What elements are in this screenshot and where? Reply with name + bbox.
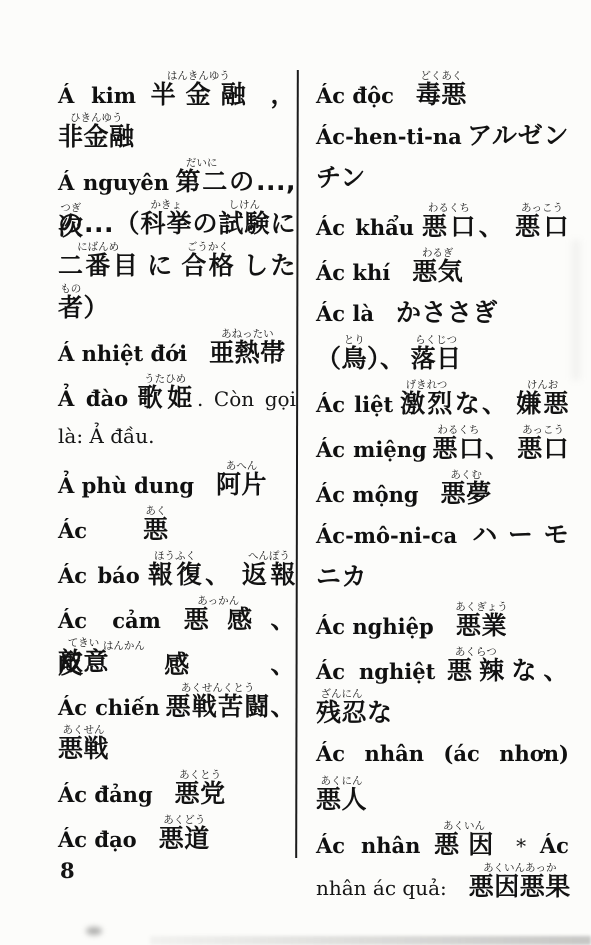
japanese-text: 半金融はんきんゆう bbox=[151, 80, 256, 109]
furigana: てきい bbox=[58, 637, 109, 649]
furigana: あくいん bbox=[434, 820, 494, 832]
furigana: あくとう bbox=[175, 769, 226, 781]
japanese-text: の bbox=[192, 209, 218, 238]
japanese-text: 二番目にばんめ bbox=[58, 251, 140, 280]
japanese-text: 残忍ざんにん bbox=[316, 698, 367, 727]
japanese-text: 報復ほうふく bbox=[148, 560, 205, 589]
entry-line: Á kim 半金融はんきんゆう ， bbox=[58, 70, 296, 112]
headword: Ả phù dung bbox=[58, 473, 194, 498]
furigana: もの bbox=[58, 283, 84, 295]
entry-line: Ác độc毒悪どくあく bbox=[316, 70, 569, 112]
japanese-text: アルゼン bbox=[467, 121, 569, 150]
japanese-text: 悪あく bbox=[143, 515, 169, 544]
dictionary-entry: Ác liệt 激烈げきれつな、 嫌悪けんお bbox=[316, 379, 569, 421]
vietnamese-text: * bbox=[516, 834, 526, 858]
dictionary-entry: Ác mộng悪夢あくむ bbox=[316, 469, 569, 511]
furigana: へんぽう bbox=[242, 550, 296, 562]
entry-line: チン bbox=[316, 157, 569, 199]
furigana: だいに bbox=[175, 157, 227, 169]
entry-line: 残忍ざんにんな bbox=[316, 688, 569, 730]
vietnamese-text: . Còn gọi bbox=[197, 387, 296, 411]
dictionary-entry: Ác độc毒悪どくあく bbox=[316, 70, 569, 112]
japanese-text: チン bbox=[316, 163, 366, 192]
japanese-text: ） bbox=[84, 293, 110, 322]
furigana: かきょ bbox=[140, 199, 192, 211]
furigana: らくじつ bbox=[411, 334, 462, 346]
furigana: にばんめ bbox=[58, 241, 138, 253]
japanese-text: 悪感あっかん bbox=[184, 605, 271, 634]
entry-line: Ác mộng悪夢あくむ bbox=[316, 469, 569, 511]
entry-line: Ác khẩu 悪口わるくち、 悪口あっこう bbox=[316, 202, 569, 244]
headword: Ả đào bbox=[58, 386, 128, 411]
furigana: あくむ bbox=[441, 469, 492, 481]
entry-line: là: Ả đầu. bbox=[58, 415, 296, 457]
japanese-text: 落日らくじつ bbox=[411, 344, 462, 373]
right-column: Ác độc毒悪どくあくÁc-hen-ti-na アルゼンチンÁc khẩu 悪… bbox=[316, 70, 569, 907]
furigana: あくらつ bbox=[447, 646, 505, 658]
headword: Ác-hen-ti-na bbox=[316, 124, 462, 149]
entry-line: の...（科挙かきょの試験しけんに bbox=[58, 199, 296, 241]
japanese-text: 悪人あくにん bbox=[316, 785, 367, 814]
headword: Ác độc bbox=[316, 83, 394, 108]
column-divider-rule bbox=[295, 70, 299, 858]
japanese-text: 返報へんぽう bbox=[242, 560, 296, 589]
furigana: あねったい bbox=[209, 328, 286, 340]
headword: Ác miệng bbox=[316, 437, 427, 462]
scan-bottom-shadow bbox=[150, 936, 591, 945]
japanese-text: 悪因あくいん bbox=[434, 830, 502, 859]
japanese-text: 悪口わるくち bbox=[422, 212, 479, 241]
japanese-text: ） bbox=[367, 344, 380, 373]
dictionary-entry: Á nhiệt đới亜熱帯あねったい bbox=[58, 328, 296, 370]
headword: Ác là bbox=[316, 301, 374, 326]
vietnamese-text: là: Ả đầu. bbox=[58, 424, 155, 448]
entry-line: Ác đạo悪道あくどう bbox=[58, 814, 296, 856]
entry-line: Ác liệt 激烈げきれつな、 嫌悪けんお bbox=[316, 379, 569, 421]
entry-line: Á nhiệt đới亜熱帯あねったい bbox=[58, 328, 296, 370]
japanese-text: 歌姫うたひめ bbox=[137, 383, 196, 412]
scan-smudge bbox=[86, 927, 102, 935]
japanese-text: 悪辣あくらつ bbox=[447, 656, 511, 685]
furigana: ざんにん bbox=[316, 688, 367, 700]
japanese-text: 悪戦苦闘あくせんくとう bbox=[166, 692, 271, 721]
furigana: あっこう bbox=[517, 424, 569, 436]
dictionary-entry: Ác-hen-ti-na アルゼンチン bbox=[316, 115, 569, 199]
furigana: げきれつ bbox=[400, 379, 453, 391]
japanese-text: 、 bbox=[485, 434, 511, 463]
headword: Ác-mô-ni-ca bbox=[316, 523, 457, 548]
furigana: あく bbox=[143, 505, 169, 517]
entry-line: Ác làかささぎ bbox=[316, 292, 569, 334]
japanese-text: ハーモ bbox=[472, 520, 569, 549]
dictionary-entry: Ác nhân 悪因あくいん * Ácnhân ác quả:悪因悪果あくいんあ… bbox=[316, 820, 569, 904]
japanese-text: 科挙かきょ bbox=[140, 209, 192, 238]
dictionary-entry: Ác miệng 悪口わるくち、 悪口あっこう bbox=[316, 424, 569, 466]
dictionary-entry: Ác悪あく bbox=[58, 505, 296, 547]
japanese-text: 悪業あくぎょう bbox=[456, 611, 508, 640]
dictionary-entry: Ác chiến 悪戦苦闘あくせんくとう、悪戦あくせん bbox=[58, 682, 296, 766]
japanese-text: に bbox=[147, 251, 174, 280]
entry-line: Ác-hen-ti-na アルゼン bbox=[316, 115, 569, 157]
furigana: あくぎょう bbox=[455, 601, 508, 613]
furigana: しけん bbox=[218, 199, 270, 211]
furigana: あっこう bbox=[515, 202, 569, 214]
headword: Ác nghiệt bbox=[316, 659, 435, 684]
japanese-text: 、 bbox=[479, 212, 507, 241]
headword: Ác đảng bbox=[58, 782, 153, 807]
entry-line: 者もの） bbox=[58, 283, 296, 325]
japanese-text: 亜熱帯あねったい bbox=[209, 338, 286, 367]
japanese-text: 嫌悪けんお bbox=[516, 389, 569, 418]
furigana: わるくち bbox=[422, 202, 476, 214]
dictionary-entry: Ác nghiệt 悪辣あくらつな、残忍ざんにんな bbox=[316, 646, 569, 730]
entry-line: Á nguyên 第二だいにの...,次つぎ bbox=[58, 157, 296, 199]
japanese-text: な bbox=[367, 698, 393, 727]
japanese-text: 毒悪どくあく bbox=[416, 80, 467, 109]
headword: Á nguyên bbox=[58, 170, 169, 195]
japanese-text: な、 bbox=[511, 656, 569, 685]
japanese-text: 悪因悪果あくいんあっか bbox=[469, 872, 571, 901]
headword: Á nhiệt đới bbox=[58, 341, 187, 366]
furigana: あくにん bbox=[316, 775, 367, 787]
dictionary-entry: Ả phù dung阿片あへん bbox=[58, 460, 296, 502]
headword: Á kim bbox=[58, 83, 136, 108]
japanese-text: 悪道あくどう bbox=[159, 824, 210, 853]
dictionary-entry: Ác khẩu 悪口わるくち、 悪口あっこう bbox=[316, 202, 569, 244]
entry-line: Ác miệng 悪口わるくち、 悪口あっこう bbox=[316, 424, 569, 466]
dictionary-entry: Ác-mô-ni-ca ハーモニカ bbox=[316, 514, 569, 598]
japanese-text: 悪夢あくむ bbox=[441, 479, 492, 508]
furigana: けんお bbox=[516, 379, 569, 391]
entry-line: （鳥とり）、 落日らくじつ bbox=[316, 334, 569, 376]
dictionary-entry: Ả đào 歌姫うたひめ. Còn gọilà: Ả đầu. bbox=[58, 373, 296, 457]
headword: Ác khẩu bbox=[316, 215, 414, 240]
headword: Ác bbox=[58, 518, 87, 543]
furigana: あくどう bbox=[159, 814, 210, 826]
japanese-text: 、 bbox=[270, 650, 296, 679]
furigana: あへん bbox=[216, 460, 267, 472]
entry-line: Ả phù dung阿片あへん bbox=[58, 460, 296, 502]
entry-line: Ác nghiệt 悪辣あくらつな、 bbox=[316, 646, 569, 688]
japanese-text: 鳥とり bbox=[342, 344, 368, 373]
entry-line: 非金融ひきんゆう bbox=[58, 112, 296, 154]
japanese-text: の..., bbox=[229, 167, 296, 196]
japanese-text: 阿片あへん bbox=[216, 470, 267, 499]
headword: Ác cảm bbox=[58, 608, 161, 633]
entry-line: Ác悪あく bbox=[58, 505, 296, 547]
japanese-text: 合格ごうかく bbox=[181, 251, 236, 280]
headword: Ác mộng bbox=[316, 482, 419, 507]
entry-line: ニカ bbox=[316, 556, 569, 598]
vietnamese-text: nhân ác quả: bbox=[316, 876, 447, 900]
entry-line: Ả đào 歌姫うたひめ. Còn gọi bbox=[58, 373, 296, 415]
entry-line: Ác báo 報復ほうふく、 返報へんぽう bbox=[58, 550, 296, 592]
japanese-text: の...（ bbox=[58, 209, 140, 238]
japanese-text: 、 bbox=[270, 692, 296, 721]
entry-line: Ác đảng悪党あくとう bbox=[58, 769, 296, 811]
japanese-text: 悪気わるぎ bbox=[412, 257, 463, 286]
japanese-text: 悪戦あくせん bbox=[58, 734, 109, 763]
left-column: Á kim 半金融はんきんゆう ，非金融ひきんゆうÁ nguyên 第二だいにの… bbox=[58, 70, 296, 859]
japanese-text: 試験しけん bbox=[218, 209, 270, 238]
entry-line: Ác nhân 悪因あくいん * Ác bbox=[316, 820, 569, 862]
japanese-text: かささぎ bbox=[396, 298, 498, 327]
dictionary-entry: Ác nghiệp悪業あくぎょう bbox=[316, 601, 569, 643]
furigana: どくあく bbox=[416, 70, 467, 82]
japanese-text: 第二だいに bbox=[175, 167, 229, 196]
furigana: はんきんゆう bbox=[151, 70, 247, 82]
japanese-text: 悪党あくとう bbox=[175, 779, 226, 808]
japanese-text: 敵意てきい bbox=[58, 647, 109, 676]
japanese-text: 悪口あっこう bbox=[517, 434, 569, 463]
entry-line: Ác nhân (ác nhơn) bbox=[316, 733, 569, 775]
dictionary-entry: Ác đạo悪道あくどう bbox=[58, 814, 296, 856]
furigana: わるくち bbox=[433, 424, 485, 436]
entry-line: 二番目にばんめ に 合格ごうかく した bbox=[58, 241, 296, 283]
japanese-text: した bbox=[243, 251, 296, 280]
headword: Ác nghiệp bbox=[316, 614, 434, 639]
dictionary-entry: Ác làかささぎ（鳥とり）、 落日らくじつ bbox=[316, 292, 569, 376]
headword: Ác khí bbox=[316, 260, 390, 285]
japanese-text: 、 bbox=[205, 560, 234, 589]
japanese-text: な、 bbox=[455, 389, 510, 418]
japanese-text: 者もの bbox=[58, 293, 84, 322]
furigana: あくせん bbox=[58, 724, 109, 736]
dictionary-entry: Á kim 半金融はんきんゆう ，非金融ひきんゆう bbox=[58, 70, 296, 154]
entry-line: Ác nghiệp悪業あくぎょう bbox=[316, 601, 569, 643]
headword: Ác đạo bbox=[58, 827, 137, 852]
japanese-text: 悪口あっこう bbox=[515, 212, 569, 241]
headword: Ác chiến bbox=[58, 695, 160, 720]
entry-line: Ác-mô-ni-ca ハーモ bbox=[316, 514, 569, 556]
headword: Ác bbox=[540, 833, 569, 858]
headword: Ác liệt bbox=[316, 392, 393, 417]
scan-edge-mark bbox=[572, 240, 580, 380]
entry-line: Ác cảm 悪感あっかん、 反感はんかん、 bbox=[58, 595, 296, 637]
furigana: ひきんゆう bbox=[58, 112, 135, 124]
japanese-text: 悪口わるくち bbox=[433, 434, 486, 463]
entry-line: 悪人あくにん bbox=[316, 775, 569, 817]
entry-line: Ác khí悪気わるぎ bbox=[316, 247, 569, 289]
entry-line: nhân ác quả:悪因悪果あくいんあっか bbox=[316, 862, 569, 904]
furigana: ほうふく bbox=[148, 550, 202, 562]
headword: Ác nhân bbox=[316, 833, 420, 858]
japanese-text: に bbox=[270, 209, 296, 238]
headword: Ác nhân (ác nhơn) bbox=[316, 741, 569, 766]
japanese-text: ， bbox=[270, 80, 296, 109]
furigana: とり bbox=[342, 334, 368, 346]
japanese-text: 、 bbox=[380, 344, 406, 373]
furigana: わるぎ bbox=[412, 247, 463, 259]
japanese-text: 激烈げきれつ bbox=[400, 389, 455, 418]
japanese-text: 、 bbox=[270, 605, 296, 634]
dictionary-entry: Ác đảng悪党あくとう bbox=[58, 769, 296, 811]
page-number: 8 bbox=[60, 858, 75, 883]
scanned-dictionary-page: { "page": { "number": "8" }, "theme": { … bbox=[0, 0, 591, 945]
entry-line: Ác chiến 悪戦苦闘あくせんくとう、 bbox=[58, 682, 296, 724]
furigana: あくせんくとう bbox=[166, 682, 270, 694]
page: Á kim 半金融はんきんゆう ，非金融ひきんゆうÁ nguyên 第二だいにの… bbox=[0, 0, 591, 945]
dictionary-entry: Ác cảm 悪感あっかん、 反感はんかん、敵意てきい bbox=[58, 595, 296, 679]
furigana: うたひめ bbox=[137, 373, 192, 385]
entry-line: 悪戦あくせん bbox=[58, 724, 296, 766]
japanese-text: （ bbox=[316, 344, 342, 373]
dictionary-entry: Á nguyên 第二だいにの...,次つぎの...（科挙かきょの試験しけんに二… bbox=[58, 157, 296, 325]
furigana: ごうかく bbox=[181, 241, 234, 253]
dictionary-entry: Ác khí悪気わるぎ bbox=[316, 247, 569, 289]
furigana: あくいんあっか bbox=[469, 862, 571, 874]
headword: Ác báo bbox=[58, 563, 140, 588]
japanese-text: 非金融ひきんゆう bbox=[58, 122, 135, 151]
dictionary-entry: Ác nhân (ác nhơn)悪人あくにん bbox=[316, 733, 569, 817]
furigana: あっかん bbox=[184, 595, 253, 607]
japanese-text: ニカ bbox=[316, 562, 367, 591]
dictionary-entry: Ác báo 報復ほうふく、 返報へんぽう bbox=[58, 550, 296, 592]
